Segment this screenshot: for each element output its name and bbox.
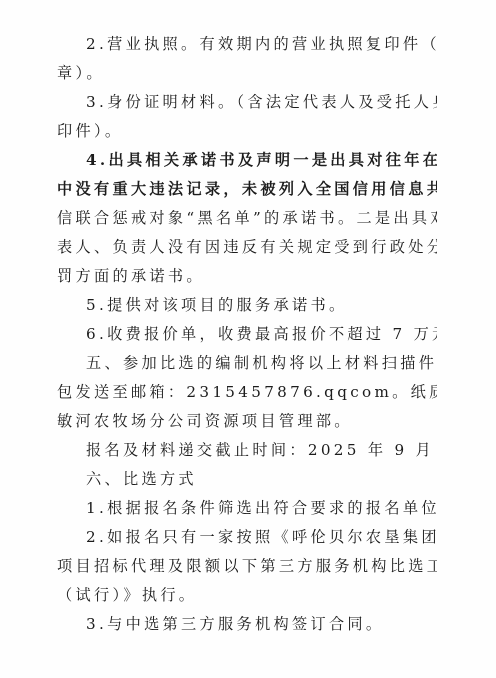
item-6-fee-quote: 6.收费报价单，收费最高报价不超过 7 万元。 [86,324,437,344]
item-4-continuation-2: 信联合惩戒对象“黑名单”的承诺书。二是出具对法定代 [57,208,437,228]
section-5-submission: 五、参加比选的编制机构将以上材料扫描件电子版打 [86,353,437,373]
item-4-continuation-3: 表人、负责人没有因违反有关规定受到行政处分或刑事处 [57,237,437,257]
item-2-business-license: 2.营业执照。有效期内的营业执照复印件（需加盖公 [86,34,437,54]
item-5-service-commitment: 5.提供对该项目的服务承诺书。 [86,295,437,315]
section-6-item-1: 1.根据报名条件筛选出符合要求的报名单位。 [86,498,437,518]
item-4-commitment: 4.出具相关承诺书及声明一是出具对往年在经营活动 [86,150,437,170]
deadline: 报名及材料递交截止时间：2025 年 9 月 18 日 17:00。 [86,440,437,460]
item-4-continuation-1: 中没有重大违法记录，未被列入全国信用信息共享平台失 [57,179,437,199]
item-3-continuation: 印件）。 [57,121,437,141]
section-5-email: 包发送至邮箱：2315457876.qqcom。纸质版材料邮寄至诺 [57,382,437,402]
item-3-identity-proof: 3.身份证明材料。（含法定代表人及受托人身份证复 [86,92,437,112]
section-6-item-3: 3.与中选第三方服务机构签订合同。 [86,614,437,634]
section-5-continuation: 敏河农牧场分公司资源项目管理部。 [57,411,437,431]
section-6-item-2-continuation-2: （试行）》执行。 [57,585,437,605]
section-6-item-2: 2.如报名只有一家按照《呼伦贝尔农垦集团基本建设 [86,527,437,547]
section-6-heading: 六、比选方式 [86,469,437,489]
section-6-item-2-continuation-1: 项目招标代理及限额以下第三方服务机构比选工作规则 [57,556,437,576]
document-page: 2.营业执照。有效期内的营业执照复印件（需加盖公 章）。 3.身份证明材料。（含… [0,0,496,678]
item-4-continuation-4: 罚方面的承诺书。 [57,266,437,286]
item-2-continuation: 章）。 [57,63,437,83]
